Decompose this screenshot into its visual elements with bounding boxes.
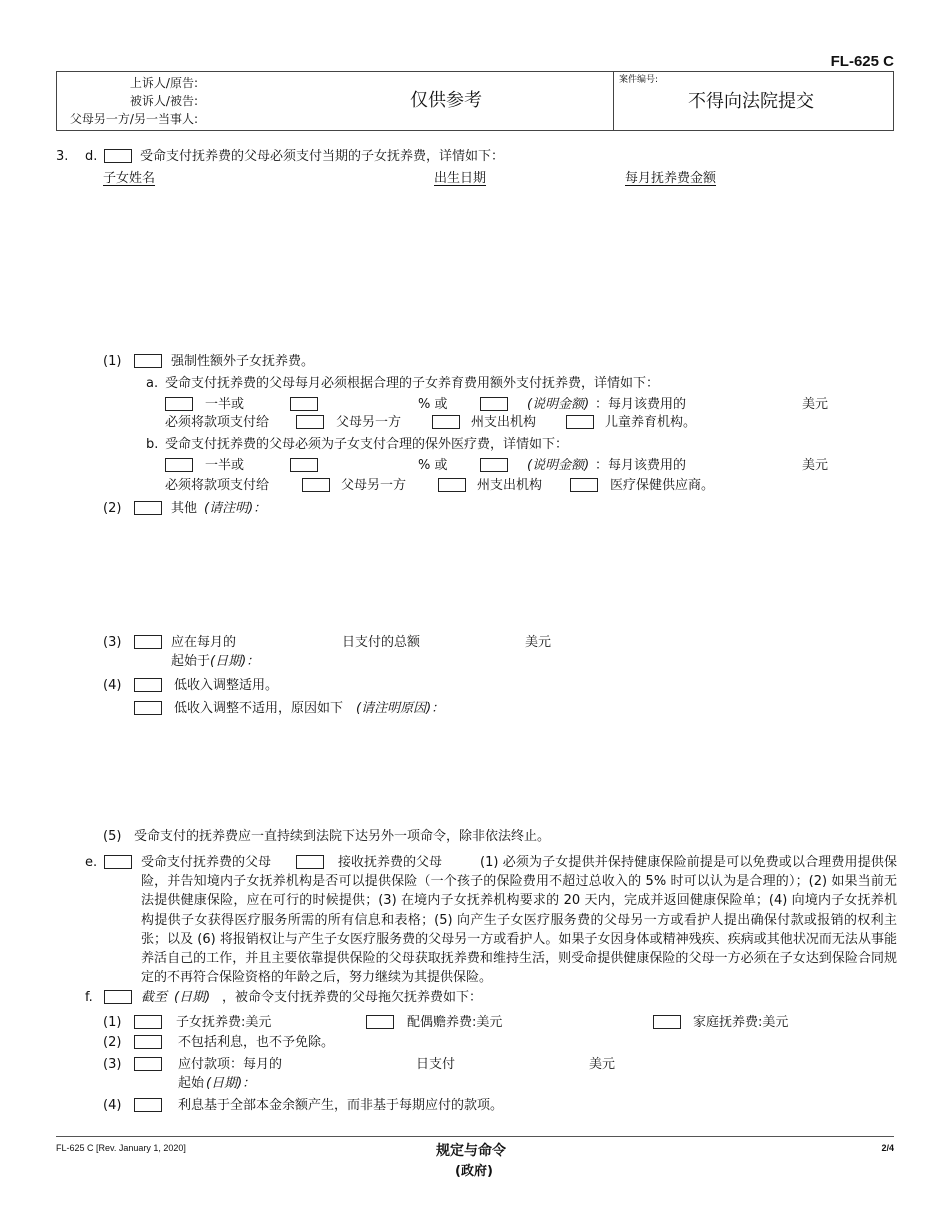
checkbox-b-half[interactable] (165, 458, 193, 472)
column-monthly-amount: 每月抚养费金额 (625, 172, 716, 185)
f-date-label: (日期) (174, 991, 210, 1004)
checkbox-a-percent[interactable] (290, 397, 318, 411)
checkbox-b-other-parent[interactable] (302, 478, 330, 492)
b-health-provider-label: 医疗保健供应商。 (610, 479, 714, 492)
arrears-start-label: 起始 (178, 1077, 204, 1090)
low-income-not-applies-label: 低收入调整不适用，原因如下 (174, 702, 343, 715)
family-support-arrears-label: 家庭抚养费:美元 (693, 1016, 788, 1029)
caption-divider (613, 71, 614, 131)
b-monthly-label: ：每月该费用的 (595, 459, 686, 472)
checkbox-a-other-parent[interactable] (296, 415, 324, 429)
checkbox-family-support-arrears[interactable] (653, 1015, 681, 1029)
form-id: FL-625 C (831, 54, 894, 69)
f-text: ，被命令支付抚养费的父母拖欠抚养费如下： (222, 991, 482, 1004)
a-state-disbursement-label: 州支出机构 (471, 416, 536, 429)
mandatory-additional-label: 强制性额外子女抚养费。 (171, 355, 314, 368)
sub-b-letter: b. (146, 438, 158, 451)
spousal-support-arrears-label: 配偶赡养费:美元 (407, 1016, 502, 1029)
footer-revision: FL-625 C [Rev. January 1, 2020] (56, 1144, 186, 1153)
f-as-of-label: 截至 (141, 991, 167, 1004)
payment-day-label: 应在每月的 (171, 636, 236, 649)
sub2-number: (2) (103, 502, 121, 515)
start-label: 起始于 (171, 655, 210, 668)
checkbox-child-support-arrears[interactable] (134, 1015, 162, 1029)
other-label: 其他 (171, 502, 197, 515)
column-child-name: 子女姓名 (103, 172, 155, 185)
a-specify-label: (说明金额) (527, 398, 589, 411)
checkbox-f-arrears[interactable] (104, 990, 132, 1004)
checkbox-low-income-applies[interactable] (134, 678, 162, 692)
payment-usd-label: 美元 (525, 636, 551, 649)
f-sub3-number: (3) (103, 1058, 121, 1071)
other-party-label: 父母另一方/另一当事人: (70, 113, 198, 125)
item-letter-f: f. (85, 991, 93, 1004)
checkbox-payment-schedule[interactable] (134, 635, 162, 649)
f-sub1-number: (1) (103, 1016, 121, 1029)
sub3-number: (3) (103, 636, 121, 649)
checkbox-other[interactable] (134, 501, 162, 515)
item-letter-e: e. (85, 856, 97, 869)
f-sub2-number: (2) (103, 1036, 121, 1049)
3d-text: 受命支付抚养费的父母必须支付当期的子女抚养费，详情如下： (140, 150, 504, 163)
a-other-parent-label: 父母另一方 (336, 416, 401, 429)
checkbox-b-percent[interactable] (290, 458, 318, 472)
item-letter-d: d. (85, 150, 97, 163)
footer-subtitle: (政府) (455, 1165, 493, 1178)
checkbox-arrears-payment[interactable] (134, 1057, 162, 1071)
a-pay-to-label: 必须将款项支付给 (165, 416, 269, 429)
sub5-text: 受命支付的抚养费应一直持续到法院下达另外一项命令，除非依法终止。 (134, 830, 550, 843)
checkbox-b-health-provider[interactable] (570, 478, 598, 492)
start-date-label: (日期)： (210, 655, 259, 668)
reference-only-text: 仅供参考 (410, 92, 482, 110)
child-support-arrears-label: 子女抚养费:美元 (176, 1016, 271, 1029)
checkbox-a-amount[interactable] (480, 397, 508, 411)
checkbox-no-interest[interactable] (134, 1035, 162, 1049)
checkbox-a-childcare-provider[interactable] (566, 415, 594, 429)
item-number: 3. (56, 150, 68, 163)
checkbox-b-amount[interactable] (480, 458, 508, 472)
b-specify-label: (说明金额) (527, 459, 589, 472)
checkbox-3d[interactable] (104, 149, 132, 163)
checkbox-low-income-not-applies[interactable] (134, 701, 162, 715)
arrears-day-label: 日支付 (416, 1058, 455, 1071)
arrears-start-date-label: (日期)： (206, 1077, 255, 1090)
checkbox-interest-principal[interactable] (134, 1098, 162, 1112)
column-birth-date: 出生日期 (434, 172, 486, 185)
footer-title: 规定与命令 (436, 1144, 506, 1158)
b-half-label: 一半或 (205, 459, 244, 472)
f-sub4-number: (4) (103, 1099, 121, 1112)
b-other-parent-label: 父母另一方 (341, 479, 406, 492)
low-income-applies-label: 低收入调整适用。 (174, 679, 278, 692)
no-interest-label: 不包括利息，也不予免除。 (178, 1036, 334, 1049)
case-number-label: 案件编号: (619, 76, 658, 85)
sub5-number: (5) (103, 830, 121, 843)
checkbox-spousal-support-arrears[interactable] (366, 1015, 394, 1029)
arrears-payment-label: 应付款项：每月的 (178, 1058, 282, 1071)
sub-b-text: 受命支付抚养费的父母必须为子女支付合理的保外医疗费，详情如下： (165, 438, 568, 451)
low-income-reason-label: (请注明原因)： (356, 702, 444, 715)
interest-principal-label: 利息基于全部本金余额产生，而非基于每期应付的款项。 (178, 1099, 503, 1112)
appellant-label: 上诉人/原告: (130, 77, 198, 89)
a-usd-label: 美元 (802, 398, 828, 411)
a-half-label: 一半或 (205, 398, 244, 411)
payment-total-label: 日支付的总额 (342, 636, 420, 649)
checkbox-mandatory-additional[interactable] (134, 354, 162, 368)
checkbox-e-paying-parent[interactable] (104, 855, 132, 869)
sub-a-letter: a. (146, 377, 158, 390)
a-monthly-label: ：每月该费用的 (595, 398, 686, 411)
sub-a-text: 受命支付抚养费的父母每月必须根据合理的子女养育费用额外支付抚养费，详情如下： (165, 377, 659, 390)
case-number-value: 不得向法院提交 (688, 93, 814, 111)
b-pay-to-label: 必须将款项支付给 (165, 479, 269, 492)
sub1-number: (1) (103, 355, 121, 368)
footer-divider (56, 1136, 894, 1137)
health-insurance-paragraph: (1) 必须为子女提供并保持健康保险前提是可以免费或以合理费用提供保险，并告知境… (141, 853, 897, 987)
b-percent-label: % 或 (418, 459, 448, 472)
respondent-label: 被诉人/被告: (130, 95, 198, 107)
other-specify-label: (请注明)： (204, 502, 266, 515)
checkbox-a-state-disbursement[interactable] (432, 415, 460, 429)
page-number: 2/4 (881, 1144, 894, 1153)
a-childcare-provider-label: 儿童养育机构。 (605, 416, 696, 429)
sub4-number: (4) (103, 679, 121, 692)
checkbox-a-half[interactable] (165, 397, 193, 411)
arrears-usd-label: 美元 (589, 1058, 615, 1071)
b-usd-label: 美元 (802, 459, 828, 472)
a-percent-label: % 或 (418, 398, 448, 411)
checkbox-b-state-disbursement[interactable] (438, 478, 466, 492)
b-state-disbursement-label: 州支出机构 (477, 479, 542, 492)
